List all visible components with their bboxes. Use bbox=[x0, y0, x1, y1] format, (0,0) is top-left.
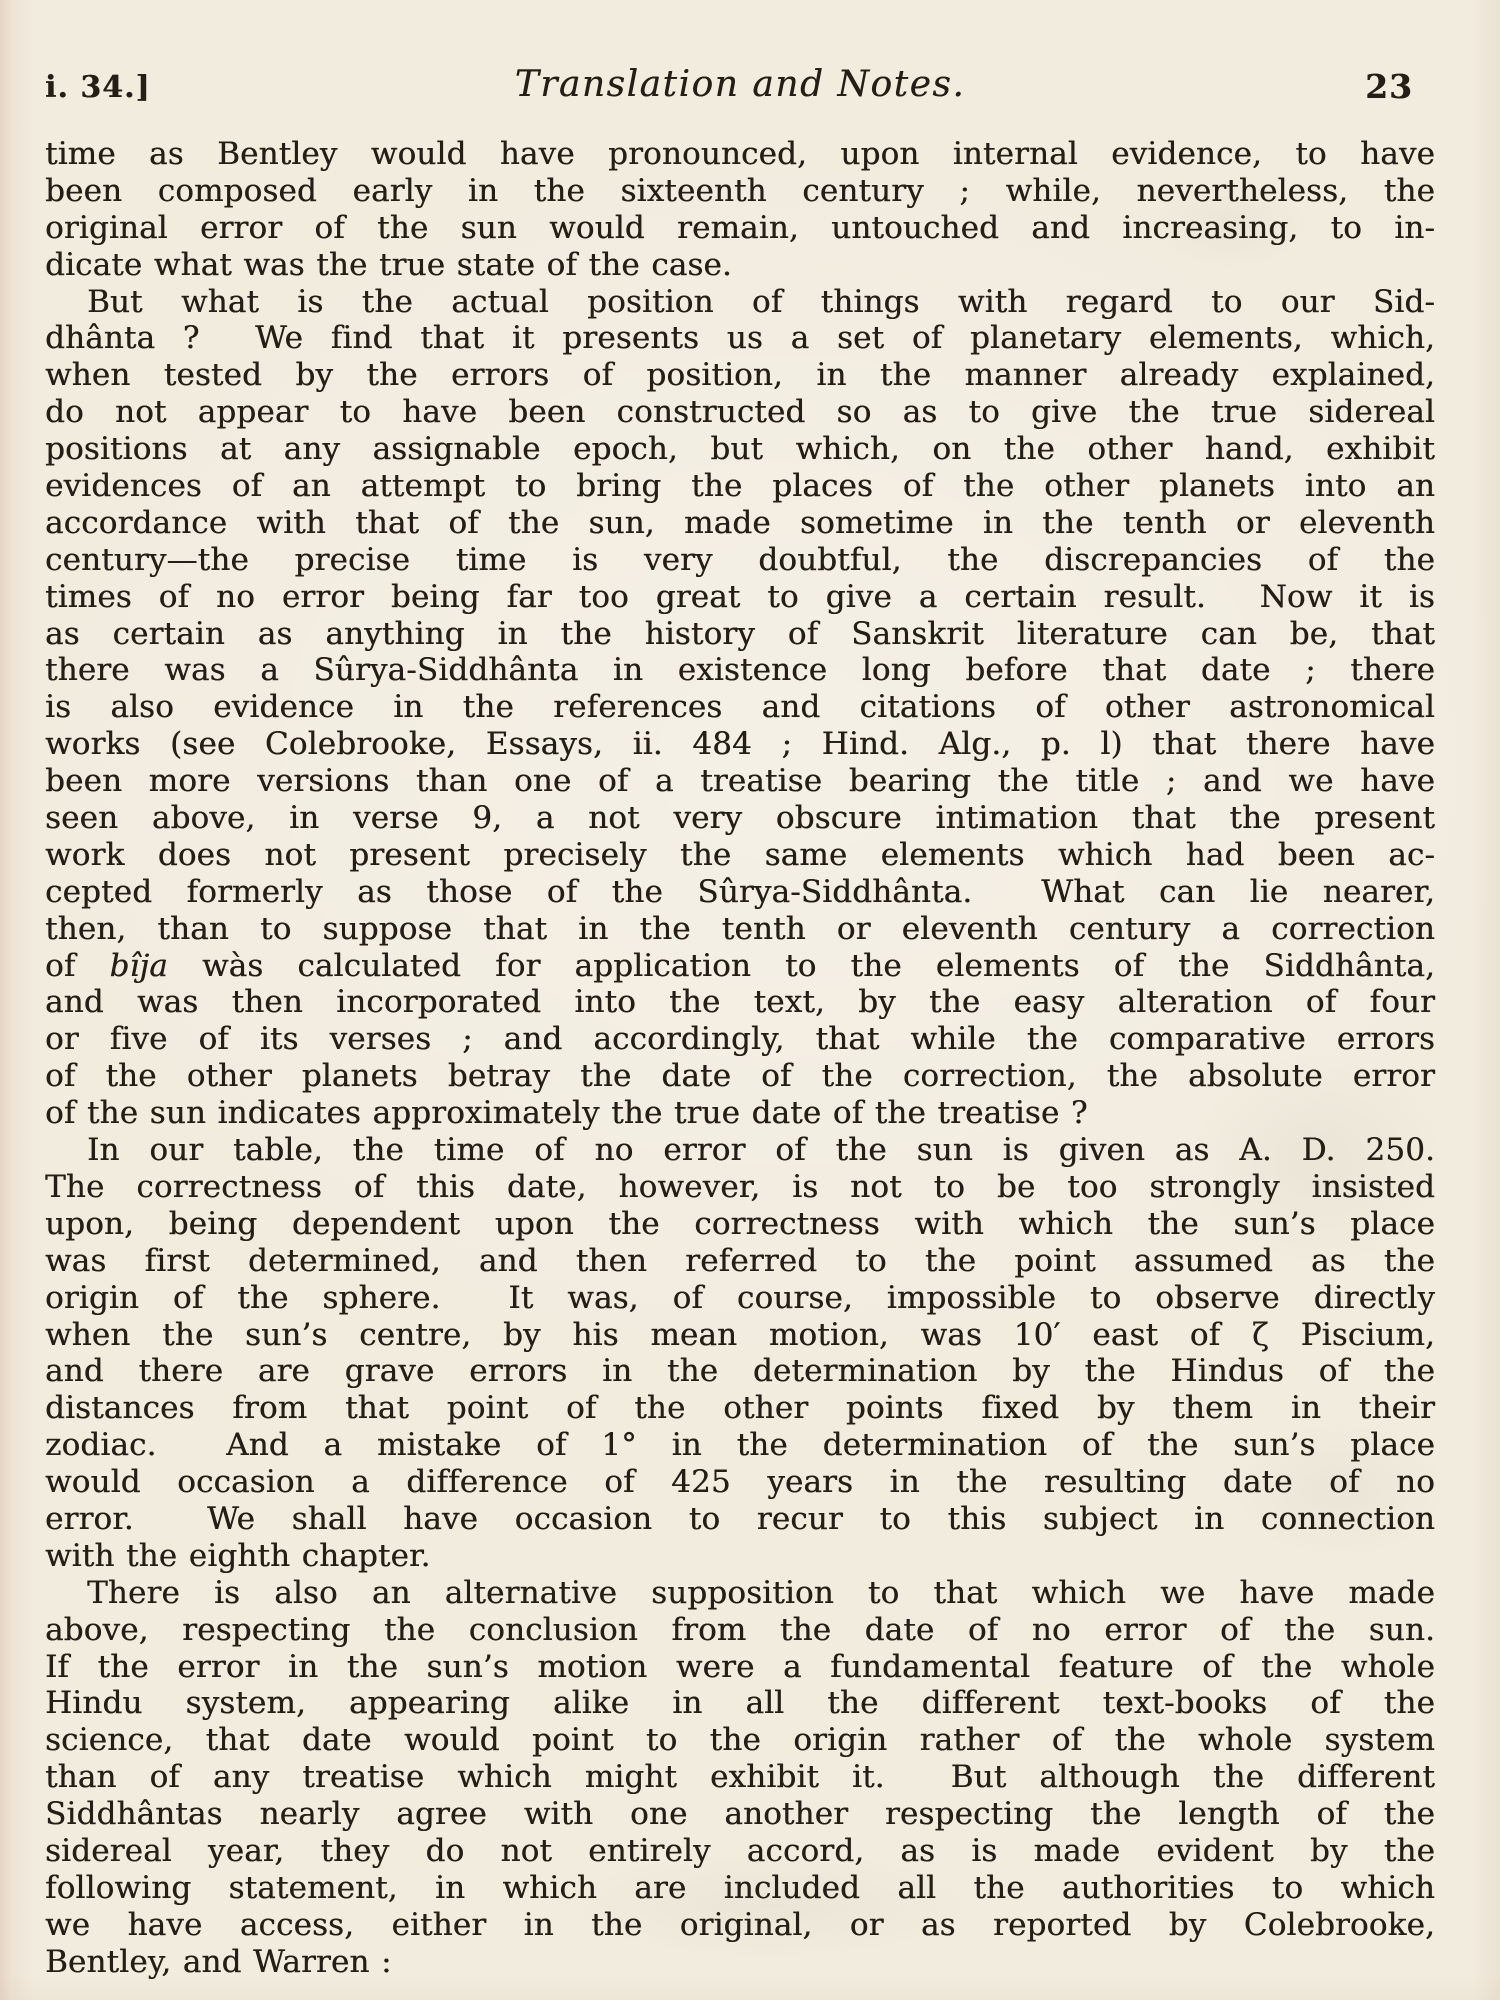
text-line: original error of the sun would remain, … bbox=[45, 210, 1435, 247]
text-line: been more versions than one of a treatis… bbox=[45, 763, 1435, 800]
text-line: evidences of an attempt to bring the pla… bbox=[45, 468, 1435, 505]
text-line: seen above, in verse 9, a not very obscu… bbox=[45, 800, 1435, 837]
text-line: positions at any assignable epoch, but w… bbox=[45, 431, 1435, 468]
text-line: cepted formerly as those of the Sûrya-Si… bbox=[45, 874, 1435, 911]
text-line: as certain as anything in the history of… bbox=[45, 616, 1435, 653]
text-line: error. We shall have occasion to recur t… bbox=[45, 1501, 1435, 1538]
italic-term: bîja bbox=[109, 948, 167, 984]
text-line: time as Bentley would have pronounced, u… bbox=[45, 136, 1435, 173]
text-line: following statement, in which are includ… bbox=[45, 1870, 1435, 1907]
text-line: accordance with that of the sun, made so… bbox=[45, 505, 1435, 542]
text-line: Hindu system, appearing alike in all the… bbox=[45, 1685, 1435, 1722]
text-line: zodiac. And a mistake of 1° in the deter… bbox=[45, 1427, 1435, 1464]
text-line: Siddhântas nearly agree with one another… bbox=[45, 1796, 1435, 1833]
text-line: of the sun indicates approximately the t… bbox=[45, 1095, 1435, 1132]
text-line: works (see Colebrooke, Essays, ii. 484 ;… bbox=[45, 726, 1435, 763]
text-line: when tested by the errors of position, i… bbox=[45, 357, 1435, 394]
text-line: of the other planets betray the date of … bbox=[45, 1058, 1435, 1095]
text-line: sidereal year, they do not entirely acco… bbox=[45, 1833, 1435, 1870]
text-line: If the error in the sun’s motion were a … bbox=[45, 1649, 1435, 1686]
text-line: and there are grave errors in the determ… bbox=[45, 1353, 1435, 1390]
text-line: origin of the sphere. It was, of course,… bbox=[45, 1280, 1435, 1317]
text-line: was first determined, and then referred … bbox=[45, 1243, 1435, 1280]
text-line: science, that date would point to the or… bbox=[45, 1722, 1435, 1759]
page-header: i. 34.] Translation and Notes. 23 bbox=[45, 64, 1435, 114]
text-line: we have access, either in the original, … bbox=[45, 1907, 1435, 1944]
text-line: work does not present precisely the same… bbox=[45, 837, 1435, 874]
text-line: with the eighth chapter. bbox=[45, 1538, 1435, 1575]
text-line: would occasion a difference of 425 years… bbox=[45, 1464, 1435, 1501]
text-line: and was then incorporated into the text,… bbox=[45, 984, 1435, 1021]
text-line: times of no error being far too great to… bbox=[45, 579, 1435, 616]
text-line: above, respecting the conclusion from th… bbox=[45, 1612, 1435, 1649]
text-line: distances from that point of the other p… bbox=[45, 1390, 1435, 1427]
text-line: But what is the actual position of thing… bbox=[45, 284, 1435, 321]
text-line: century—the precise time is very doubtfu… bbox=[45, 542, 1435, 579]
text-line: than of any treatise which might exhibit… bbox=[45, 1759, 1435, 1796]
text-line: In our table, the time of no error of th… bbox=[45, 1132, 1435, 1169]
page-number: 23 bbox=[1365, 67, 1413, 106]
text-line: Bentley, and Warren : bbox=[45, 1944, 1435, 1981]
text-line: then, than to suppose that in the tenth … bbox=[45, 911, 1435, 948]
text-block: time as Bentley would have pronounced, u… bbox=[45, 136, 1435, 1981]
text-line: is also evidence in the references and c… bbox=[45, 689, 1435, 726]
text-line: dicate what was the true state of the ca… bbox=[45, 247, 1435, 284]
text-line: The correctness of this date, however, i… bbox=[45, 1169, 1435, 1206]
text-line: of bîja wàs calculated for application t… bbox=[45, 948, 1435, 985]
text-line: been composed early in the sixteenth cen… bbox=[45, 173, 1435, 210]
book-page: i. 34.] Translation and Notes. 23 time a… bbox=[0, 0, 1500, 2000]
running-title: Translation and Notes. bbox=[45, 64, 1435, 105]
text-line: there was a Sûrya-Siddhânta in existence… bbox=[45, 652, 1435, 689]
text-line: There is also an alternative supposition… bbox=[45, 1575, 1435, 1612]
text-line: or five of its verses ; and accordingly,… bbox=[45, 1021, 1435, 1058]
text-line: do not appear to have been constructed s… bbox=[45, 394, 1435, 431]
text-line: when the sun’s centre, by his mean motio… bbox=[45, 1317, 1435, 1354]
text-line: dhânta ? We find that it presents us a s… bbox=[45, 320, 1435, 357]
text-line: upon, being dependent upon the correctne… bbox=[45, 1206, 1435, 1243]
